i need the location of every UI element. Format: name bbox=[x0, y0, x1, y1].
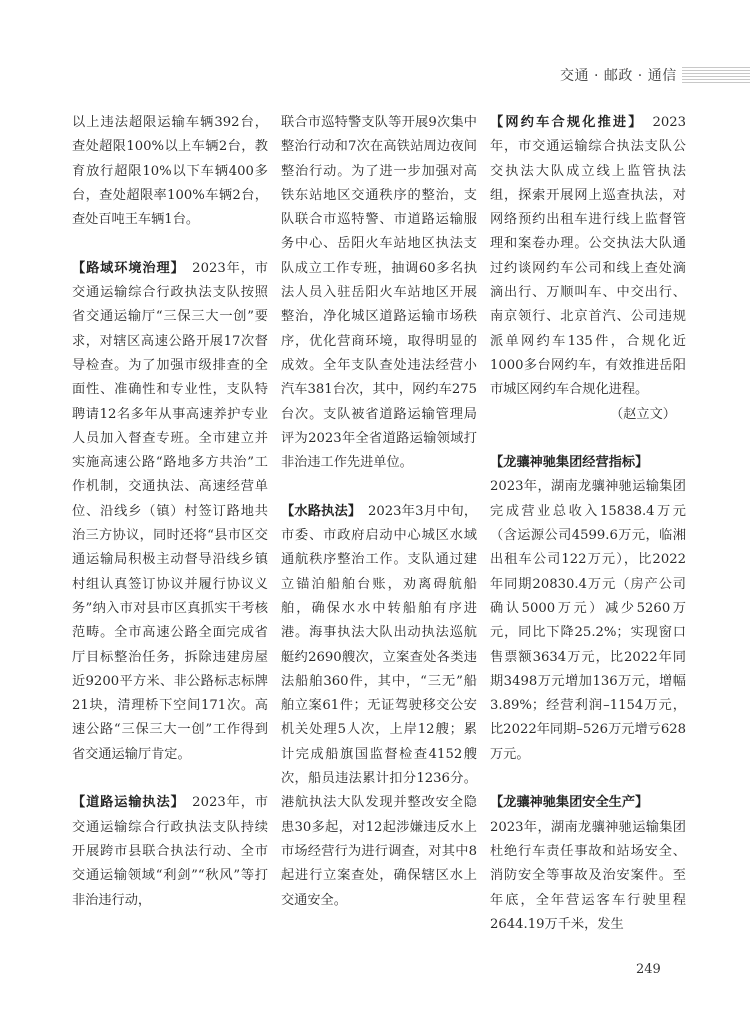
paragraph-group-business-indicators: 【龙骧神驰集团经营指标】2023年，湖南龙骧神驰运输集团完成营业总收入15838… bbox=[490, 451, 686, 767]
paragraph-overload-summary: 以上违法超限运输车辆392台，查处超限100%以上车辆2台，教育放行超限10%以… bbox=[72, 111, 268, 232]
paragraph-text: 2023年，市交通运输综合行政执法支队持续开展跨市县联合执法行动、全市交通运输领… bbox=[72, 795, 268, 907]
paragraph-joint-enforcement-continued: 联合市巡特警支队等开展9次集中整治行动和7次在高铁站周边夜间整治行动。为了进一步… bbox=[281, 111, 477, 475]
paragraph-text: 联合市巡特警支队等开展9次集中整治行动和7次在高铁站周边夜间整治行动。为了进一步… bbox=[281, 115, 477, 470]
paragraph-text: 以上违法超限运输车辆392台，查处超限100%以上车辆2台，教育放行超限10%以… bbox=[72, 115, 268, 227]
paragraph-text: 2023年，湖南龙骧神驰运输集团杜绝行车责任事故和站场安全、消防安全等事故及治安… bbox=[490, 820, 686, 932]
section-heading: 【龙骧神驰集团安全生产】 bbox=[490, 795, 648, 810]
section-heading: 【水路执法】 bbox=[281, 504, 355, 519]
text-column-2: 联合市巡特警支队等开展9次集中整治行动和7次在高铁站周边夜间整治行动。为了进一步… bbox=[281, 111, 477, 913]
text-column-1: 以上违法超限运输车辆392台，查处超限100%以上车辆2台，教育放行超限10%以… bbox=[72, 111, 268, 913]
section-heading: 【路域环境治理】 bbox=[72, 261, 178, 276]
paragraph-text: 2023年，湖南龙骧神驰运输集团完成营业总收入15838.4万元（含运源公司45… bbox=[490, 479, 686, 761]
paragraph-text: 2023年，市交通运输综合执法支队公交执法大队成立线上监管执法组，探索开展网上巡… bbox=[490, 115, 686, 397]
section-title: 交通 · 邮政 · 通信 bbox=[560, 65, 677, 85]
paragraph-waterway-enforcement: 【水路执法】 2023年3月中旬，市委、市政府启动中心城区水域通航秩序整治工作。… bbox=[281, 500, 477, 913]
section-heading: 【网约车合规化推进】 bbox=[490, 115, 637, 130]
paragraph-road-environment: 【路域环境治理】 2023年，市交通运输综合行政执法支队按照省交通运输厅“三保三… bbox=[72, 257, 268, 767]
running-header: 交通 · 邮政 · 通信 bbox=[560, 62, 677, 88]
page-number: 249 bbox=[636, 962, 661, 977]
text-column-3: 【网约车合规化推进】 2023年，市交通运输综合执法支队公交执法大队成立线上监管… bbox=[490, 111, 686, 937]
paragraph-text: 2023年，市交通运输综合行政执法支队按照省交通运输厅“三保三大一创”要求，对辖… bbox=[72, 261, 268, 762]
author-credit: （赵立文） bbox=[490, 403, 686, 427]
paragraph-group-safety-production: 【龙骧神驰集团安全生产】2023年，湖南龙骧神驰运输集团杜绝行车责任事故和站场安… bbox=[490, 791, 686, 937]
section-heading: 【龙骧神驰集团经营指标】 bbox=[490, 455, 648, 470]
paragraph-text: 2023年3月中旬，市委、市政府启动中心城区水域通航秩序整治工作。支队通过建立锚… bbox=[281, 504, 477, 908]
author-name: （赵立文） bbox=[610, 407, 676, 422]
header-decoration-lines bbox=[682, 67, 750, 83]
paragraph-road-transport-enforcement: 【道路运输执法】 2023年，市交通运输综合行政执法支队持续开展跨市县联合执法行… bbox=[72, 791, 268, 912]
section-heading: 【道路运输执法】 bbox=[72, 795, 178, 810]
paragraph-ride-hailing-compliance: 【网约车合规化推进】 2023年，市交通运输综合执法支队公交执法大队成立线上监管… bbox=[490, 111, 686, 403]
